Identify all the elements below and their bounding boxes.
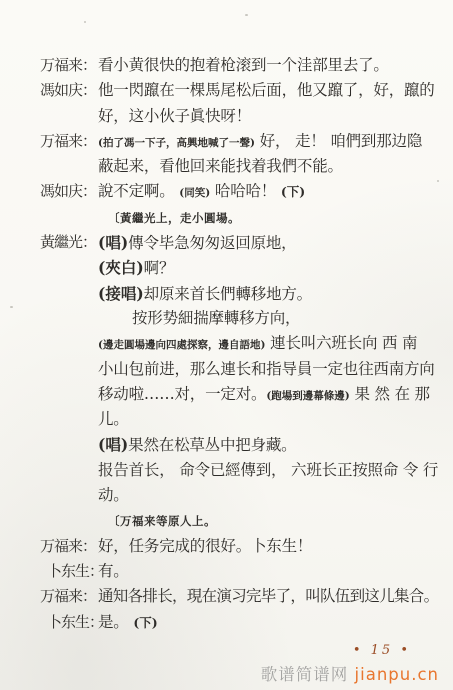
scan-speck <box>245 14 248 16</box>
scan-speck <box>10 306 13 308</box>
script-line-continuation: 儿。 <box>40 407 443 432</box>
speaker-label: 馮如庆： <box>40 179 96 204</box>
speaker-label: 万福来： <box>40 129 96 154</box>
lyric-text: 却原来首长們轉移地方。 <box>144 285 312 303</box>
scanned-script-page: 万福来：看小黄很快的抱着枪滚到一个洼部里去了。 馮如庆：他一閃躥在一棵馬尾松后面… <box>0 0 453 690</box>
script-line: 万福来：看小黄很快的抱着枪滚到一个洼部里去了。 <box>40 53 443 78</box>
dialogue-text: 蔽起来，看他回来能找着我們不能。 <box>98 157 343 175</box>
script-line-continuation: 好，这小伙子眞快呀！ <box>40 104 443 129</box>
dialogue-text: 移动啦……对，一定对。 <box>98 385 266 403</box>
sing-marker: (唱) <box>98 233 128 252</box>
lyric-text: 果然在松草丛中把身藏。 <box>128 436 296 454</box>
aside-marker: (夾白) <box>98 258 144 277</box>
page-number: • 15 • <box>353 643 411 658</box>
scan-speck <box>84 21 86 23</box>
script-line: 馮如庆：他一閃躥在一棵馬尾松后面，他又躥了，好，躥的 <box>40 78 443 103</box>
script-line-continuation: (邊走圓場邊向四處探察，邊自語地) 連长叫六班长向 西 南 <box>40 331 443 356</box>
dialogue-text: 說不定啊。 <box>98 182 179 200</box>
sing-marker: (唱) <box>98 435 128 454</box>
dialogue-text: 果 然 在 那 <box>350 385 430 403</box>
speaker-label: 万福来： <box>40 53 96 78</box>
dialogue-text: 他一閃躥在一棵馬尾松后面，他又躥了，好，躥的 <box>98 81 435 99</box>
speaker-label: 万福来： <box>40 534 96 559</box>
dialogue-text: 連长叫六班长向 西 南 <box>265 334 417 352</box>
watermark-site-name: 歌谱简谱网 <box>261 665 355 684</box>
script-line-continuation: 小山包前进，那么連长和指导員一定也往西南方向 <box>40 357 443 382</box>
script-line-continuation: 移动啦……对，一定对。(跑場到邊幕條邊) 果 然 在 那 <box>40 382 443 407</box>
stage-note: (同笑) <box>179 187 210 199</box>
dialogue-text: 啊？ <box>144 259 175 277</box>
dialogue-text: 报告首长， 命令已經傳到， 六班长正按照命 令 行 <box>98 461 438 479</box>
script-line: 万福来：好，任务完成的很好。卜东生！ <box>40 534 443 559</box>
speaker-label: 卜东生： <box>47 610 103 635</box>
watermark: 歌谱简谱网 jianpu.cn <box>261 661 439 685</box>
stage-note: (邊走圓場邊向四處探察，邊自語地) <box>98 339 265 351</box>
stage-direction-line: 〔万福来等原人上。 <box>40 508 443 533</box>
dialogue-text: 动。 <box>98 486 129 504</box>
speaker-label: 馮如庆： <box>40 78 96 103</box>
speaker-label: 卜东生： <box>47 559 103 584</box>
script-line-continuation: (接唱)却原来首长們轉移地方。 <box>40 281 443 306</box>
watermark-site-url: jianpu.cn <box>355 665 439 684</box>
dialogue-text: 好，任务完成的很好。卜东生！ <box>98 537 312 555</box>
stage-note: (拍了馮一下子，高興地喊了一聲) <box>98 137 255 149</box>
script-line-continuation: 蔽起来，看他回来能找着我們不能。 <box>40 154 443 179</box>
stage-direction-text: 〔万福来等原人上。 <box>108 514 216 528</box>
script-content: 万福来：看小黄很快的抱着枪滚到一个洼部里去了。 馮如庆：他一閃躥在一棵馬尾松后面… <box>40 53 443 635</box>
script-line: 万福来：(拍了馮一下子，高興地喊了一聲) 好， 走！ 咱們到那边隐 <box>40 129 443 154</box>
stage-direction-text: 〔黃繼光上，走小圓場。 <box>108 211 240 225</box>
lyric-text: 傳令毕急匆匆返回原地， <box>128 234 296 252</box>
stage-note-exit: (下) <box>133 615 157 630</box>
lyric-line-indented: 按形势細揣摩轉移方向， <box>40 306 443 331</box>
dialogue-text: 儿。 <box>98 410 129 428</box>
script-line: 馮如庆：說不定啊。 (同笑) 哈哈哈！ (下) <box>40 179 443 204</box>
stage-direction-line: 〔黃繼光上，走小圓場。 <box>40 205 443 230</box>
script-line: 黃繼光：(唱)傳令毕急匆匆返回原地， <box>40 230 443 255</box>
resume-sing-marker: (接唱) <box>98 284 144 303</box>
lyric-text: 按形势細揣摩轉移方向， <box>132 309 300 327</box>
script-line: 万福来：通知各排长，現在演习完毕了，叫队伍到这儿集合。 <box>40 584 443 609</box>
stage-note-exit: (下) <box>281 184 305 199</box>
dialogue-text: 好，这小伙子眞快呀！ <box>98 107 251 125</box>
script-line-continuation: (唱)果然在松草丛中把身藏。 <box>40 432 443 457</box>
dialogue-text: 小山包前进，那么連长和指导員一定也往西南方向 <box>98 360 435 378</box>
script-line-continuation: 动。 <box>40 483 443 508</box>
dialogue-text: 通知各排长，現在演习完毕了，叫队伍到这儿集合。 <box>98 587 438 605</box>
speaker-label: 万福来： <box>40 584 96 609</box>
stage-note: (跑場到邊幕條邊) <box>266 390 349 402</box>
script-line-continuation: 报告首长， 命令已經傳到， 六班长正按照命 令 行 <box>40 458 443 483</box>
dialogue-text: 看小黄很快的抱着枪滚到一个洼部里去了。 <box>98 56 389 74</box>
script-line-continuation: (夾白)啊？ <box>40 255 443 280</box>
script-line: 卜东生：有。 <box>40 559 443 584</box>
speaker-label: 黃繼光： <box>40 230 96 255</box>
dialogue-text: 哈哈哈！ <box>210 182 281 200</box>
script-line: 卜东生：是。 (下) <box>40 610 443 635</box>
dialogue-text: 好， 走！ 咱們到那边隐 <box>255 132 422 150</box>
dialogue-text: 是。 <box>98 613 133 631</box>
